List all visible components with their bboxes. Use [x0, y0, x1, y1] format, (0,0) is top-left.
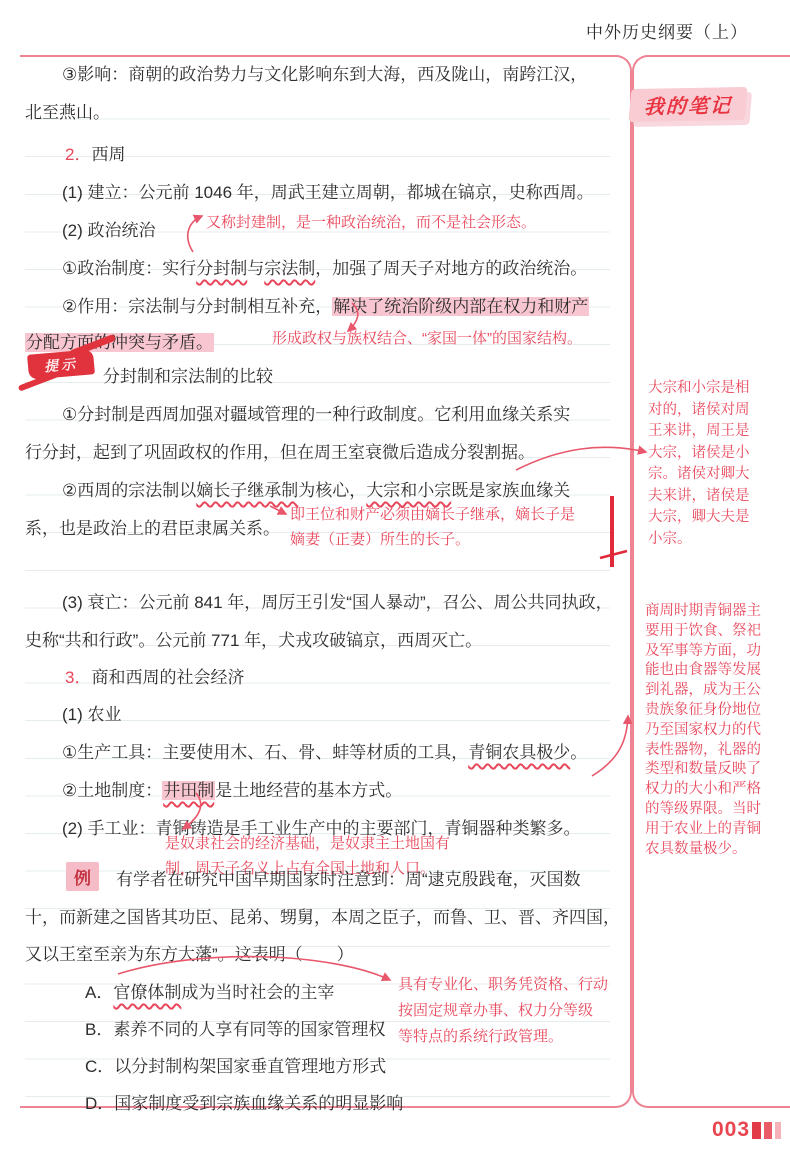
- land-post: 是土地经营的基本方式。: [215, 781, 402, 800]
- notes-column-frame: [632, 55, 790, 1108]
- section3-heading: 3．商和西周的社会经济: [65, 663, 244, 688]
- sidebar-note-zongfa: 大宗和小宗是相对的，诸侯对周王来讲，周王是大宗，诸侯是小宗。诸侯对卿大夫来讲，诸…: [648, 378, 756, 550]
- tip-para1-line1: ①分封制是西周加强对疆域管理的一种行政制度。它利用血缘关系实: [62, 400, 570, 425]
- tip-p2-mid: 为核心，: [298, 481, 366, 500]
- tools-pre: ①生产工具：主要使用木、石、骨、蚌等材质的工具，: [62, 743, 468, 762]
- section3-title: 商和西周的社会经济: [91, 668, 244, 687]
- footer-deco-blocks: [752, 1122, 781, 1139]
- system-post: ，加强了周天子对地方的政治统治。: [315, 259, 587, 278]
- option-d: D．国家制度受到宗族血缘关系的明显影响: [85, 1089, 403, 1114]
- tools-post: 。: [570, 743, 587, 762]
- agriculture-line: (1) 农业: [62, 700, 122, 725]
- annotation-bureaucracy-line1: 具有专业化、职务凭资格、行动: [398, 972, 608, 998]
- role-pre: ②作用：宗法制与分封制相互补充，: [62, 297, 332, 316]
- term-jingtianzhi: 井田制: [162, 781, 215, 800]
- annotation-dizhangzi: 即王位和财产必须由嫡长子继承，嫡长子是 嫡妻（正妻）所生的长子。: [290, 502, 575, 552]
- annotation-jingtian-line1: 是奴隶社会的经济基础，是奴隶主土地国有: [165, 831, 450, 856]
- land-pre: ②土地制度：: [62, 781, 162, 800]
- my-notes-badge: 我的笔记: [628, 87, 747, 122]
- founding-line: (1) 建立：公元前 1046 年，周武王建立周朝，都城在镐京，史称西周。: [62, 178, 594, 203]
- tip-para1-line2: 行分封，起到了巩固政权的作用，但在周王室衰微后造成分裂割据。: [25, 438, 535, 463]
- influence-line2: 北至燕山。: [25, 98, 110, 123]
- tip-para2-line2: 系，也是政治上的君臣隶属关系。: [25, 514, 280, 539]
- term-dizhangzi: 嫡长子继承制: [196, 481, 298, 500]
- annotation-bureaucracy-line3: 等特点的系统行政管理。: [398, 1024, 608, 1050]
- term-dazong-xiaozong: 大宗和小宗: [366, 481, 451, 500]
- tip-p2-pre: ②西周的宗法制以: [62, 481, 196, 500]
- my-notes-badge-label: 我的笔记: [643, 89, 732, 120]
- book-title: 中外历史纲要（上）: [586, 18, 748, 43]
- example-line1: 有学者在研究中国早期国家时注意到：周“逮克殷践奄，灭国数: [116, 865, 581, 890]
- footer-block-light: [775, 1122, 781, 1139]
- role-highlight1: 解决了统治阶级内部在权力和财产: [332, 297, 589, 316]
- footer-block-medium: [764, 1122, 772, 1139]
- option-b: B．素养不同的人享有同等的国家管理权: [85, 1015, 385, 1040]
- annotation-dizhangzi-line1: 即王位和财产必须由嫡长子继承，嫡长子是: [290, 502, 575, 527]
- system-mid: 与: [247, 259, 264, 278]
- example-line2: 十，而新建之国皆其功臣、昆弟、甥舅，本周之臣子，而鲁、卫、晋、齐四国，: [25, 903, 620, 928]
- option-a-text: 成为当时社会的主宰: [181, 983, 334, 1002]
- governance-line: (2) 政治统治: [62, 216, 156, 241]
- footer-block-dark: [752, 1122, 761, 1139]
- term-bureaucracy: 官僚体制: [113, 983, 181, 1002]
- tip-title: 分封制和宗法制的比较: [103, 362, 273, 387]
- page-number: 003: [712, 1118, 750, 1142]
- decline-line2: 史称“共和行政”。公元前 771 年，犬戎攻破镐京，西周灭亡。: [25, 626, 482, 651]
- section2-heading: 2．西周: [65, 140, 125, 165]
- section2-number: 2．: [65, 145, 91, 164]
- role-line1: ②作用：宗法制与分封制相互补充，解决了统治阶级内部在权力和财产: [62, 292, 589, 317]
- example-badge: 例: [66, 862, 99, 891]
- term-bronze-tools: 青铜农具极少: [468, 743, 570, 762]
- term-fengfenzhi: 分封制: [196, 259, 247, 278]
- sidebar-note-bronze: 商周时期青铜器主要用于饮食、祭祀及军事等方面，功能也由食器等发展到礼器，成为王公…: [645, 602, 769, 859]
- example-line3: 又以王室至亲为东方大藩”。这表明（ ）: [25, 940, 354, 965]
- annotation-jiaguo: 形成政权与族权结合、“家国一体”的国家结构。: [272, 326, 582, 351]
- land-line: ②土地制度：井田制是土地经营的基本方式。: [62, 776, 402, 801]
- section3-number: 3．: [65, 668, 91, 687]
- system-pre: ①政治制度：实行: [62, 259, 196, 278]
- option-a-letter: A．: [85, 983, 113, 1002]
- annotation-fengjian: 又称封建制，是一种政治统治，而不是社会形态。: [206, 210, 536, 235]
- option-a: A．官僚体制成为当时社会的主宰: [85, 978, 334, 1003]
- textbook-page: 中外历史纲要（上） 我的笔记 ③影响：商朝的政治势力与文化影响东到大海，西及陇山…: [0, 0, 790, 1173]
- option-c: C．以分封制构架国家垂直管理地方形式: [85, 1052, 386, 1077]
- role-line2: 分配方面的冲突与矛盾。: [25, 328, 214, 353]
- term-zongfazhi: 宗法制: [264, 259, 315, 278]
- section2-title: 西周: [91, 145, 125, 164]
- role-highlight2: 分配方面的冲突与矛盾。: [25, 333, 214, 352]
- influence-line1: ③影响：商朝的政治势力与文化影响东到大海，西及陇山，南跨江汉，: [62, 60, 587, 85]
- tip-para2-line1: ②西周的宗法制以嫡长子继承制为核心，大宗和小宗既是家族血缘关: [62, 476, 570, 501]
- tip-p2-post: 既是家族血缘关: [451, 481, 570, 500]
- decline-line1: (3) 衰亡：公元前 841 年，周厉王引发“国人暴动”，召公、周公共同执政，: [62, 588, 613, 613]
- political-system-line: ①政治制度：实行分封制与宗法制，加强了周天子对地方的政治统治。: [62, 254, 587, 279]
- annotation-bureaucracy: 具有专业化、职务凭资格、行动 按固定规章办事、权力分等级 等特点的系统行政管理。: [398, 972, 608, 1050]
- annotation-dizhangzi-line2: 嫡妻（正妻）所生的长子。: [290, 527, 575, 552]
- tip-badge-label: 提示: [43, 353, 79, 376]
- annotation-bureaucracy-line2: 按固定规章办事、权力分等级: [398, 998, 608, 1024]
- tools-line: ①生产工具：主要使用木、石、骨、蚌等材质的工具，青铜农具极少。: [62, 738, 587, 763]
